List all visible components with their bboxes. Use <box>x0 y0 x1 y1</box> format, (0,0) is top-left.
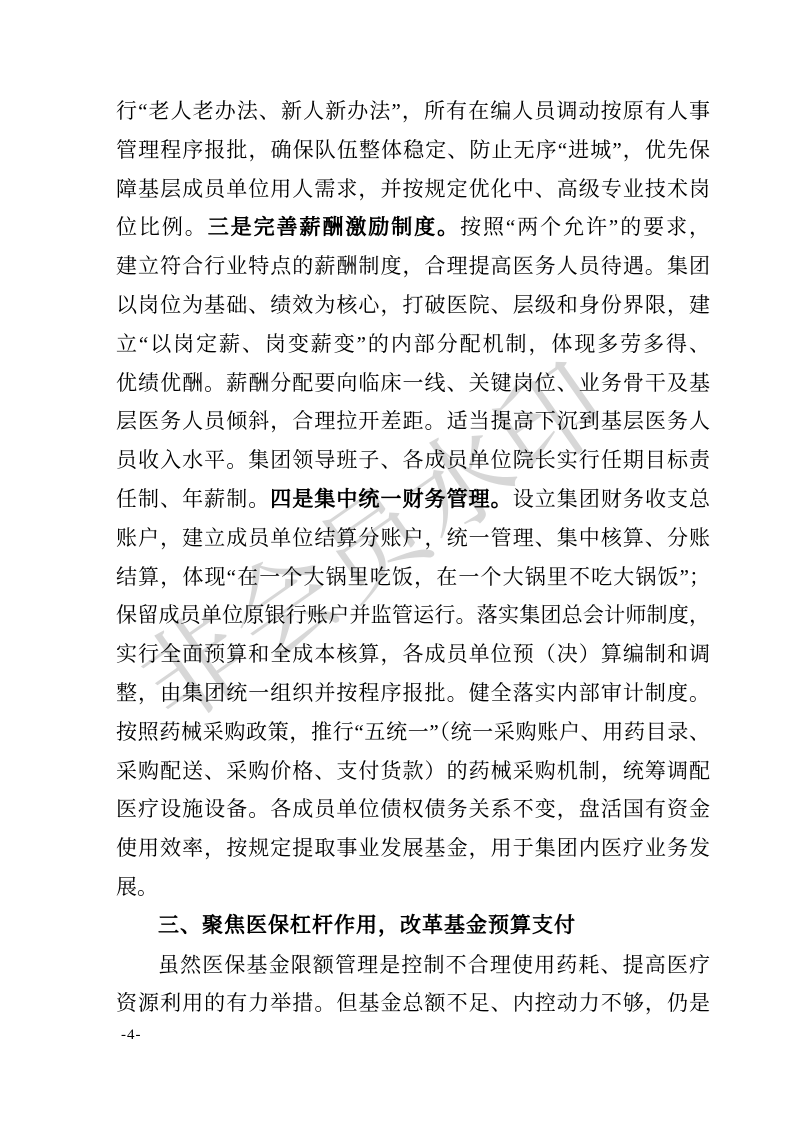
text-line: 虽然医保基金限额管理是控制不合理使用药耗、提高医疗 <box>116 946 710 985</box>
text-line: 采购配送、采购价格、支付货款）的药械采购机制，统筹调配 <box>116 752 710 791</box>
text-line: 位比例。三是完善薪酬激励制度。按照“两个允许”的要求， <box>116 208 710 247</box>
text-segment: 建立符合行业特点的薪酬制度，合理提高医务人员待遇。集团 <box>116 254 710 278</box>
bold-text-segment: 三、聚焦医保杠杆作用，改革基金预算支付 <box>158 914 576 937</box>
text-segment: 管理程序报批，确保队伍整体稳定、防止无序“进城”，优先保 <box>116 138 710 162</box>
text-segment: 按照药械采购政策，推行“五统一”（统一采购账户、用药目录、 <box>116 720 710 744</box>
text-line: 障基层成员单位用人需求，并按规定优化中、高级专业技术岗 <box>116 170 710 209</box>
text-line: 使用效率，按规定提取事业发展基金，用于集团内医疗业务发 <box>116 829 710 868</box>
section-heading: 三、聚焦医保杠杆作用，改革基金预算支付 <box>116 907 710 946</box>
text-segment: 展。 <box>116 875 158 899</box>
text-segment: 任制、年薪制。 <box>116 487 270 511</box>
bold-text-segment: 三是完善薪酬激励制度。 <box>208 215 460 239</box>
text-segment: 医疗设施设备。各成员单位债权债务关系不变，盘活国有资金 <box>116 797 710 821</box>
text-segment: 保留成员单位原银行账户并监管运行。落实集团总会计师制度， <box>116 603 710 627</box>
text-segment: 位比例。 <box>116 215 208 239</box>
text-segment: 采购配送、采购价格、支付货款）的药械采购机制，统筹调配 <box>116 759 710 783</box>
text-line: 整，由集团统一组织并按程序报批。健全落实内部审计制度。 <box>116 674 710 713</box>
text-segment: 整，由集团统一组织并按程序报批。健全落实内部审计制度。 <box>116 681 710 705</box>
text-line: 资源利用的有力举措。但基金总额不足、内控动力不够，仍是 <box>116 984 710 1023</box>
text-segment: 立“以岗定薪、岗变薪变”的内部分配机制，体现多劳多得、 <box>116 332 710 356</box>
text-segment: 障基层成员单位用人需求，并按规定优化中、高级专业技术岗 <box>116 177 710 201</box>
text-segment: 实行全面预算和全成本核算，各成员单位预（决）算编制和调 <box>116 642 710 666</box>
text-segment: 使用效率，按规定提取事业发展基金，用于集团内医疗业务发 <box>116 836 710 860</box>
text-segment: 行“老人老办法、新人新办法”，所有在编人员调动按原有人事 <box>116 99 710 123</box>
text-line: 层医务人员倾斜，合理拉开差距。适当提高下沉到基层医务人 <box>116 402 710 441</box>
text-segment: 账户，建立成员单位结算分账户，统一管理、集中核算、分账 <box>116 526 710 550</box>
text-line: 以岗位为基础、绩效为核心，打破医院、层级和身份界限，建 <box>116 286 710 325</box>
text-line: 展。 <box>116 868 710 907</box>
text-line: 账户，建立成员单位结算分账户，统一管理、集中核算、分账 <box>116 519 710 558</box>
text-segment: 按照“两个允许”的要求， <box>460 215 710 239</box>
text-line: 实行全面预算和全成本核算，各成员单位预（决）算编制和调 <box>116 635 710 674</box>
text-line: 建立符合行业特点的薪酬制度，合理提高医务人员待遇。集团 <box>116 247 710 286</box>
text-line: 任制、年薪制。四是集中统一财务管理。设立集团财务收支总 <box>116 480 710 519</box>
text-line: 行“老人老办法、新人新办法”，所有在编人员调动按原有人事 <box>116 92 710 131</box>
text-line: 员收入水平。集团领导班子、各成员单位院长实行任期目标责 <box>116 441 710 480</box>
text-line: 优绩优酬。薪酬分配要向临床一线、关键岗位、业务骨干及基 <box>116 364 710 403</box>
text-line: 医疗设施设备。各成员单位债权债务关系不变，盘活国有资金 <box>116 790 710 829</box>
text-line: 立“以岗定薪、岗变薪变”的内部分配机制，体现多劳多得、 <box>116 325 710 364</box>
text-line: 管理程序报批，确保队伍整体稳定、防止无序“进城”，优先保 <box>116 131 710 170</box>
text-segment: 资源利用的有力举措。但基金总额不足、内控动力不够，仍是 <box>116 991 710 1015</box>
text-segment: 层医务人员倾斜，合理拉开差距。适当提高下沉到基层医务人 <box>116 409 710 433</box>
text-segment: 虽然医保基金限额管理是控制不合理使用药耗、提高医疗 <box>158 953 710 977</box>
text-line: 按照药械采购政策，推行“五统一”（统一采购账户、用药目录、 <box>116 713 710 752</box>
page-number: -4- <box>121 1024 142 1046</box>
text-segment: 优绩优酬。薪酬分配要向临床一线、关键岗位、业务骨干及基 <box>116 371 710 395</box>
text-segment: 结算，体现“在一个大锅里吃饭，在一个大锅里不吃大锅饭”； <box>116 565 710 589</box>
document-page: 非会员水印 行“老人老办法、新人新办法”，所有在编人员调动按原有人事管理程序报批… <box>0 0 793 1122</box>
document-body: 行“老人老办法、新人新办法”，所有在编人员调动按原有人事管理程序报批，确保队伍整… <box>116 92 710 1023</box>
text-segment: 员收入水平。集团领导班子、各成员单位院长实行任期目标责 <box>116 448 710 472</box>
bold-text-segment: 四是集中统一财务管理。 <box>270 487 512 511</box>
text-line: 保留成员单位原银行账户并监管运行。落实集团总会计师制度， <box>116 596 710 635</box>
text-segment: 设立集团财务收支总 <box>513 487 710 511</box>
text-line: 结算，体现“在一个大锅里吃饭，在一个大锅里不吃大锅饭”； <box>116 558 710 597</box>
text-segment: 以岗位为基础、绩效为核心，打破医院、层级和身份界限，建 <box>116 293 710 317</box>
